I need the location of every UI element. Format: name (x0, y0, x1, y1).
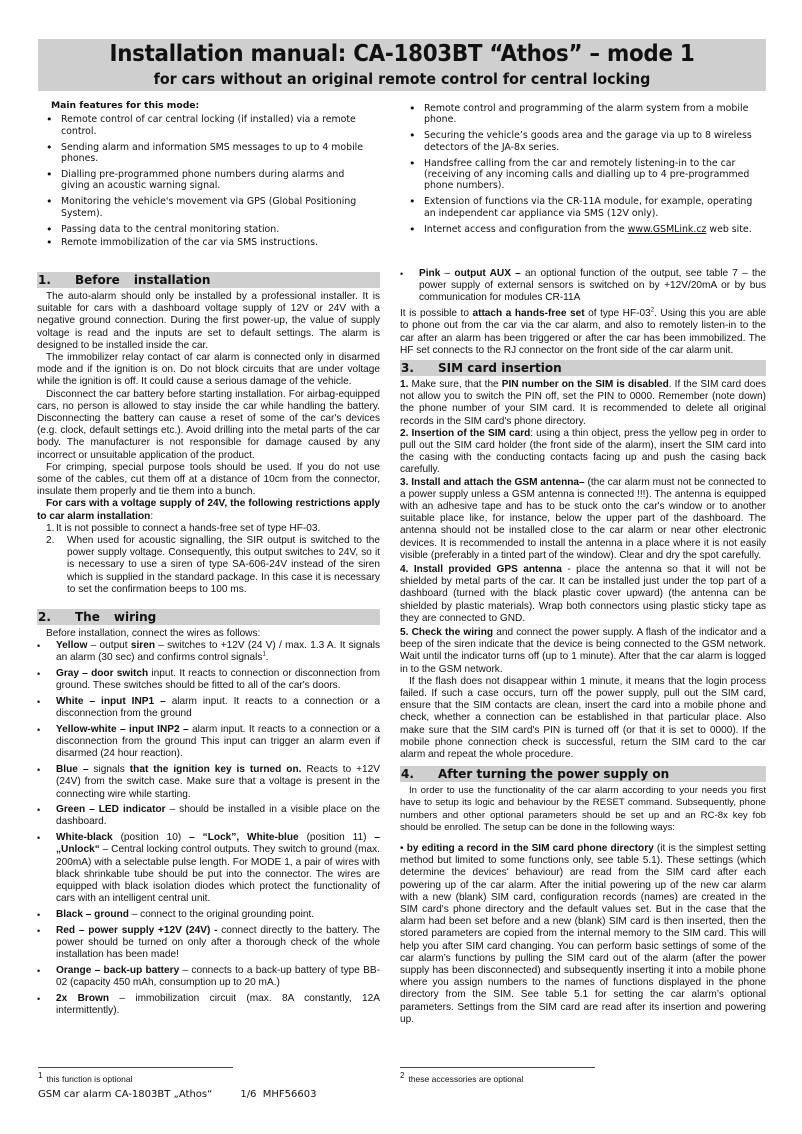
text: – (440, 268, 454, 279)
feature-item: Remote immobilization of the car via SMS… (44, 237, 370, 248)
feature-item: Passing data to the central monitoring s… (44, 224, 370, 235)
punctuation: : (150, 511, 153, 522)
power-on-intro: In order to use the functionality of the… (400, 785, 766, 834)
bold-text: White-black (56, 832, 113, 843)
bold-text: Pink (419, 268, 440, 279)
bold-text: – “Lock”, White-blue (189, 832, 299, 843)
bold-text: Black – ground (56, 909, 129, 920)
feature-text: Internet access and configuration from t… (424, 224, 628, 235)
feature-item: Handsfree calling from the car and remot… (407, 158, 757, 192)
footnote-mark: 2 (400, 1071, 404, 1080)
left-column: 1.Beforeinstallation The auto-alarm shou… (37, 272, 380, 1020)
bold-text: Yellow-white – input INP2 – (56, 724, 189, 735)
footnote-divider (400, 1067, 595, 1068)
wire-item: Green – LED indicator – should be instal… (37, 804, 380, 828)
feature-item: Sending alarm and information SMS messag… (44, 142, 370, 165)
section-title-word: wiring (114, 610, 156, 624)
feature-text: web site. (706, 224, 751, 235)
section-title: After turning the power supply on (438, 767, 669, 781)
restriction-item: 2.When used for acoustic signalling, the… (37, 535, 380, 596)
text: (position 10) (113, 832, 190, 843)
sim-step: 4. Install provided GPS antenna - place … (400, 564, 766, 625)
restrictions-heading: For cars with a voltage supply of 24V, t… (37, 498, 380, 521)
sim-step: 5. Check the wiring and connect the powe… (400, 627, 766, 676)
document-title: Installation manual: CA-1803BT “Athos” –… (63, 40, 740, 69)
bold-text: 2. Insertion of the SIM card (400, 428, 530, 439)
feature-item: Extension of functions via the CR-11A mo… (407, 196, 757, 219)
text: – output (87, 640, 130, 651)
text: (position 11) (299, 832, 375, 843)
footnote-divider (38, 1067, 233, 1068)
wire-item: Orange – back-up battery – connects to a… (37, 965, 380, 989)
right-column: Pink – output AUX – an optional function… (400, 268, 766, 1026)
bold-text: Orange – back-up battery (56, 965, 179, 976)
text: (it is the simplest setting method but l… (400, 843, 766, 1025)
section-heading-power-on: 4.After turning the power supply on (400, 766, 766, 782)
section-heading-before-installation: 1.Beforeinstallation (37, 272, 380, 288)
section-heading-sim-card: 3.SIM card insertion (400, 360, 766, 376)
features-list-left: Remote control of car central locking (i… (44, 114, 370, 248)
feature-item: Monitoring the vehicle's movement via GP… (44, 196, 370, 219)
bold-text: 4. Install provided GPS antenna (400, 564, 562, 575)
sim-step: 3. Install and attach the GSM antenna– (… (400, 477, 766, 562)
footnote-1: 1this function is optional (38, 1071, 132, 1084)
footer-page-number: 1/6 (240, 1089, 256, 1100)
features-left-column: Main features for this mode: Remote cont… (44, 100, 370, 253)
wire-item: Black – ground – connect to the original… (37, 909, 380, 921)
feature-item: Dialling pre-programmed phone numbers du… (44, 169, 370, 192)
text: Make sure, that the (408, 379, 501, 390)
text: – Central locking control outputs. They … (56, 844, 380, 904)
features-right-column: Remote control and programming of the al… (407, 103, 757, 240)
wire-item: Red – power supply +12V (24V) - connect … (37, 925, 380, 962)
item-text: When used for acoustic signalling, the S… (67, 535, 380, 595)
bold-text: by editing a record in the SIM card phon… (407, 843, 654, 854)
gsmlink-link[interactable]: www.GSMLink.cz (628, 224, 707, 235)
sim-step: 2. Insertion of the SIM card: using a th… (400, 428, 766, 477)
document-title-banner: Installation manual: CA-1803BT “Athos” –… (38, 39, 766, 91)
page-footer: GSM car alarm CA-1803BT „Athos“1/6 MHF56… (38, 1089, 317, 1100)
login-failure-paragraph: If the flash does not disappear within 1… (400, 676, 766, 761)
footnote-text: these accessories are optional (408, 1074, 523, 1084)
feature-item: Remote control and programming of the al… (407, 103, 757, 126)
section-number: 3. (401, 360, 438, 376)
bold-text: PIN number on the SIM is disabled (502, 379, 669, 390)
footnote-text: this function is optional (46, 1074, 132, 1084)
section-title-word: The (75, 610, 100, 624)
bold-text: output AUX – (454, 268, 520, 279)
paragraph: For crimping, special purpose tools shou… (37, 462, 380, 499)
bold-text: Gray – door switch (56, 668, 148, 679)
wire-item: Yellow – output siren – switches to +12V… (37, 640, 380, 664)
item-number: 1. (46, 523, 54, 535)
bold-text: Blue – (56, 764, 88, 775)
restrictions-list: 1.It is not possible to connect a hands-… (37, 523, 380, 596)
bold-text: Yellow (56, 640, 87, 651)
feature-item: Remote control of car central locking (i… (44, 114, 370, 137)
text: (the car alarm must not be connected to … (400, 477, 766, 561)
text: • (400, 843, 407, 854)
paragraph: The auto-alarm should only be installed … (37, 291, 380, 352)
bold-text: White – input INP1 – (56, 696, 166, 707)
section-title: SIM card insertion (438, 361, 562, 375)
wiring-intro: Before installation, connect the wires a… (37, 628, 380, 640)
footer-document-code: MHF56603 (263, 1089, 317, 1100)
restrictions-paragraph: For cars with a voltage supply of 24V, t… (37, 498, 380, 522)
wire-list: Yellow – output siren – switches to +12V… (37, 640, 380, 1017)
section-title-word: Before (75, 273, 120, 287)
wire-item: Yellow-white – input INP2 – alarm input.… (37, 724, 380, 761)
section-number: 2. (38, 609, 75, 625)
wire-item: White-black (position 10) – “Lock”, Whit… (37, 832, 380, 905)
sim-step: 1. Make sure, that the PIN number on the… (400, 379, 766, 428)
text: – connect to the original grounding poin… (129, 909, 314, 920)
restriction-item: 1.It is not possible to connect a hands-… (37, 523, 380, 535)
feature-item-internet: Internet access and configuration from t… (407, 224, 757, 235)
item-text: It is not possible to connect a hands-fr… (56, 523, 320, 534)
section-heading-wiring: 2.Thewiring (37, 609, 380, 625)
wire-item-pink: Pink – output AUX – an optional function… (400, 268, 766, 305)
bold-text: 3. Install and attach the GSM antenna– (400, 477, 585, 488)
section-title-word: installation (134, 273, 211, 287)
wire-list-continued: Pink – output AUX – an optional function… (400, 268, 766, 305)
bold-text: Green – LED indicator (56, 804, 166, 815)
wire-item: White – input INP1 – alarm input. It rea… (37, 696, 380, 720)
item-number: 2. (46, 535, 54, 547)
section-number: 1. (38, 272, 75, 288)
footer-product: GSM car alarm CA-1803BT „Athos“ (38, 1089, 212, 1100)
text: of type HF-03 (585, 308, 651, 319)
bold-text: 2x Brown (56, 993, 109, 1004)
features-heading: Main features for this mode: (51, 100, 370, 111)
wire-item: 2x Brown – immobilization circuit (max. … (37, 993, 380, 1017)
bold-text: that the ignition key is turned on. (130, 764, 302, 775)
bold-text: siren (131, 640, 155, 651)
wire-item: Gray – door switch input. It reacts to c… (37, 668, 380, 692)
bold-text: attach a hands-free set (472, 308, 584, 319)
sim-directory-method: • by editing a record in the SIM card ph… (400, 843, 766, 1026)
footnote-2: 2these accessories are optional (400, 1071, 523, 1084)
paragraph: The immobilizer relay contact of car ala… (37, 352, 380, 389)
hands-free-paragraph: It is possible to attach a hands-free se… (400, 308, 766, 357)
paragraph: Disconnect the car battery before starti… (37, 389, 380, 462)
section-number: 4. (401, 766, 438, 782)
bold-text: Red – power supply +12V (24V) - (56, 925, 217, 936)
features-list-right: Remote control and programming of the al… (407, 103, 757, 235)
bold-text: 5. Check the wiring (400, 627, 493, 638)
text: . (266, 652, 269, 663)
footnote-mark: 1 (38, 1071, 42, 1080)
feature-item: Securing the vehicle’s goods area and th… (407, 130, 757, 153)
text: It is possible to (400, 308, 472, 319)
text: signals (88, 764, 129, 775)
document-subtitle: for cars without an original remote cont… (67, 69, 737, 89)
wire-item: Blue – signals that the ignition key is … (37, 764, 380, 801)
